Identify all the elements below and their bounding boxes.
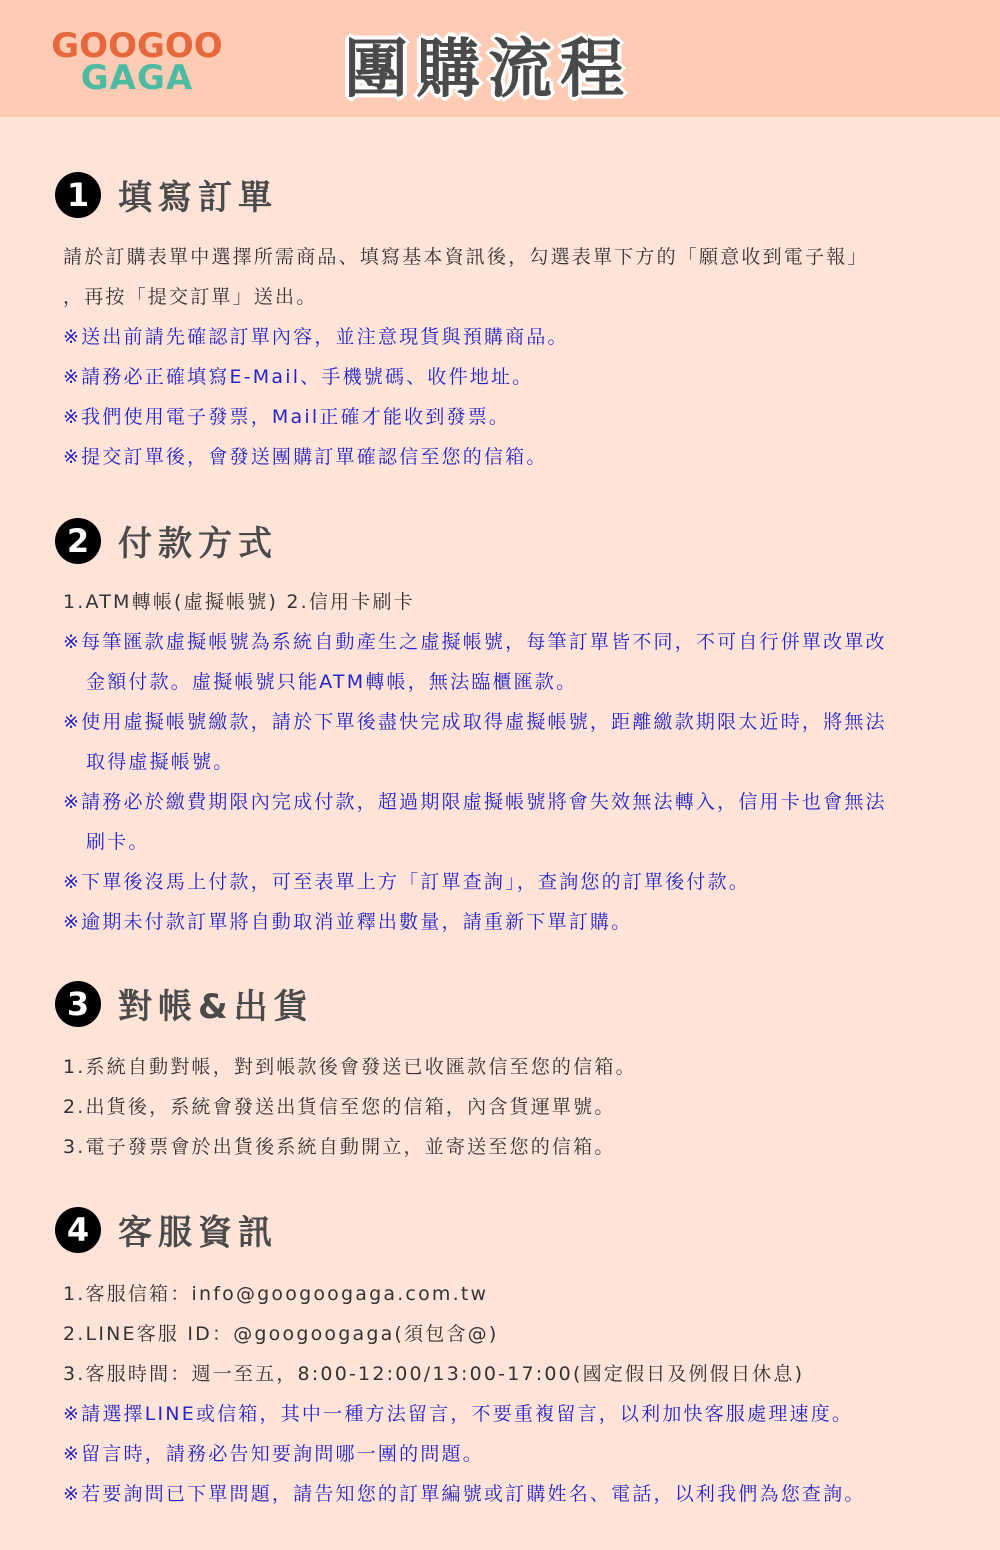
section-title: 付款方式 [118, 516, 278, 565]
number-2-icon: 2 [55, 518, 101, 564]
note-line: ※我們使用電子發票，Mail正確才能收到發票。 [63, 402, 510, 429]
note-line: ※使用虛擬帳號繳款，請於下單後盡快完成取得虛擬帳號，距離繳款期限太近時，將無法 [63, 707, 887, 734]
paragraph-line: 1.ATM轉帳(虛擬帳號) 2.信用卡刷卡 [63, 587, 415, 614]
section-title: 填寫訂單 [118, 170, 278, 219]
paragraph-line: 3.電子發票會於出貨後系統自動開立，並寄送至您的信箱。 [63, 1132, 616, 1159]
number-1-icon: 1 [55, 172, 101, 218]
section-4-heading: 4 客服資訊 [55, 1205, 278, 1254]
number-4-icon: 4 [55, 1207, 101, 1253]
section-2-heading: 2 付款方式 [55, 516, 278, 565]
line-id-info-line: 2.LINE客服 ID：@googoogaga(須包含@) [63, 1319, 498, 1346]
note-line: ※每筆匯款虛擬帳號為系統自動產生之虛擬帳號，每筆訂單皆不同，不可自行併單改單改 [63, 627, 887, 654]
note-line: 刷卡。 [86, 827, 150, 854]
section-title: 對帳&出貨 [118, 979, 314, 1028]
number-3-icon: 3 [55, 981, 101, 1027]
note-line: ※送出前請先確認訂單內容，並注意現貨與預購商品。 [63, 322, 569, 349]
paragraph-line: 2.出貨後，系統會發送出貨信至您的信箱，內含貨運單號。 [63, 1092, 616, 1119]
service-hours-line: 3.客服時間：週一至五，8:00-12:00/13:00-17:00(國定假日及… [63, 1359, 804, 1386]
section-title: 客服資訊 [118, 1205, 278, 1254]
note-line: ※請選擇LINE或信箱，其中一種方法留言，不要重複留言，以利加快客服處理速度。 [63, 1399, 853, 1426]
paragraph-line: 請於訂購表單中選擇所需商品、填寫基本資訊後，勾選表單下方的「願意收到電子報」 [63, 242, 869, 269]
note-line: ※逾期未付款訂單將自動取消並釋出數量，請重新下單訂購。 [63, 907, 632, 934]
note-line: ※若要詢問已下單問題，請告知您的訂單編號或訂購姓名、電話，以利我們為您查詢。 [63, 1479, 866, 1506]
logo-line-2: GAGA [48, 62, 226, 94]
header-banner: GOOGOO GAGA 團購流程 [0, 0, 1000, 117]
section-1-heading: 1 填寫訂單 [55, 170, 278, 219]
paragraph-line: ，再按「提交訂單」送出。 [63, 282, 317, 309]
note-line: ※請務必正確填寫E-Mail、手機號碼、收件地址。 [63, 362, 533, 389]
note-line: ※留言時，請務必告知要詢問哪一團的問題。 [63, 1439, 484, 1466]
section-3-heading: 3 對帳&出貨 [55, 979, 314, 1028]
note-line: ※請務必於繳費期限內完成付款，超過期限虛擬帳號將會失效無法轉入，信用卡也會無法 [63, 787, 887, 814]
note-line: 金額付款。虛擬帳號只能ATM轉帳，無法臨櫃匯款。 [86, 667, 577, 694]
note-line: ※提交訂單後，會發送團購訂單確認信至您的信箱。 [63, 442, 548, 469]
brand-logo: GOOGOO GAGA [48, 30, 226, 94]
email-info-line: 1.客服信箱：info@googoogaga.com.tw [63, 1279, 488, 1306]
note-line: 取得虛擬帳號。 [86, 747, 234, 774]
note-line: ※下單後沒馬上付款，可至表單上方「訂單查詢」，查詢您的訂單後付款。 [63, 867, 750, 894]
paragraph-line: 1.系統自動對帳，對到帳款後會發送已收匯款信至您的信箱。 [63, 1052, 637, 1079]
page-title: 團購流程 [344, 18, 632, 110]
